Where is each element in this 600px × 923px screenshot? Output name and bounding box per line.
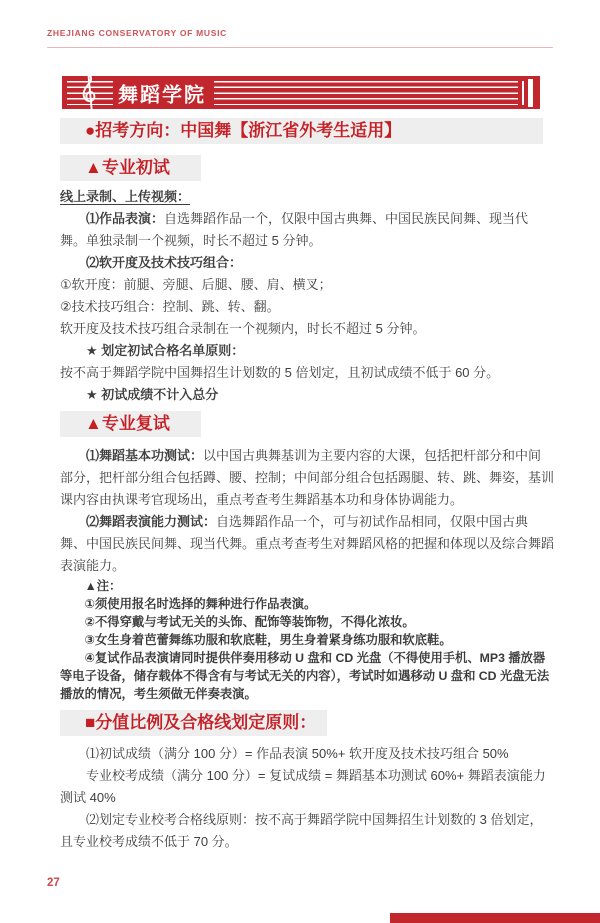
- note-item-2: ②不得穿戴与考试无关的头饰、配饰等装饰物，不得化浓妆。: [60, 613, 554, 631]
- staff-barline-thin: [522, 81, 524, 105]
- paragraph-work-performance: ⑴作品表演：自选舞蹈作品一个，仅限中国古典舞、中国民族民间舞、现当代舞。单独录制…: [60, 208, 554, 252]
- paragraph-basic-skill-test: ⑴舞蹈基本功测试：以中国古典舞基训为主要内容的大课，包括把杆部分和中间部分，把杆…: [60, 445, 554, 511]
- department-banner: 舞蹈学院: [62, 76, 540, 109]
- footer-accent-bar: [390, 913, 600, 923]
- header-divider: [47, 47, 553, 48]
- document-body: 线上录制、上传视频： ⑴作品表演：自选舞蹈作品一个，仅限中国古典舞、中国民族民间…: [60, 186, 554, 853]
- department-title: 舞蹈学院: [118, 78, 206, 107]
- note-item-1: ①须使用报名时选择的舞种进行作品表演。: [60, 595, 554, 613]
- retest-heading: ▲专业复试: [60, 411, 201, 437]
- page-number: 27: [47, 877, 60, 889]
- online-recording-subheading: 线上录制、上传视频：: [60, 186, 554, 208]
- paragraph-performance-ability-test: ⑵舞蹈表演能力测试：自选舞蹈作品一个，可与初试作品相同，仅限中国古典舞、中国民族…: [60, 511, 554, 577]
- paragraph-flexibility-heading: ⑵软开度及技术技巧组合：: [60, 252, 554, 274]
- paragraph-technique-detail: ②技术技巧组合：控制、跳、转、翻。: [60, 296, 554, 318]
- notes-block: ▲注： ①须使用报名时选择的舞种进行作品表演。 ②不得穿戴与考试无关的头饰、配饰…: [60, 577, 554, 703]
- initial-test-heading: ▲专业初试: [60, 155, 201, 181]
- scoring-item-1: ⑴初试成绩（满分 100 分）= 作品表演 50%+ 软开度及技术技巧组合 50…: [60, 743, 554, 765]
- note-item-4: ④复试作品表演请同时提供伴奏用移动 U 盘和 CD 光盘（不得使用手机、MP3 …: [60, 649, 554, 703]
- scoring-heading: ■分值比例及合格线划定原则：: [60, 710, 327, 736]
- treble-clef-icon: [77, 71, 98, 119]
- paragraph-recording-note: 软开度及技术技巧组合录制在一个视频内，时长不超过 5 分钟。: [60, 318, 554, 340]
- staff-barline-thick: [528, 79, 533, 107]
- admission-direction-heading: ●招考方向：中国舞【浙江省外考生适用】: [60, 118, 543, 144]
- paragraph-passlist-rule-heading: ★ 划定初试合格名单原则：: [60, 340, 554, 362]
- paragraph-score-not-counted: ★ 初试成绩不计入总分: [60, 384, 554, 406]
- paragraph-flexibility-detail: ①软开度：前腿、旁腿、后腿、腰、肩、横叉；: [60, 274, 554, 296]
- conservatory-brand-text: ZHEJIANG CONSERVATORY OF MUSIC: [47, 28, 227, 38]
- brochure-page: ZHEJIANG CONSERVATORY OF MUSIC 舞蹈学院 ●招考方…: [0, 0, 600, 923]
- scoring-item-3: ⑵划定专业校考合格线原则：按不高于舞蹈学院中国舞招生计划数的 3 倍划定，且专业…: [60, 809, 554, 853]
- notes-heading: ▲注：: [60, 577, 554, 595]
- note-item-3: ③女生身着芭蕾舞练功服和软底鞋，男生身着紧身练功服和软底鞋。: [60, 631, 554, 649]
- staff-lines-right: [214, 81, 518, 105]
- paragraph-passlist-rule: 按不高于舞蹈学院中国舞招生计划数的 5 倍划定，且初试成绩不低于 60 分。: [60, 362, 554, 384]
- scoring-item-2: 专业校考成绩（满分 100 分）= 复试成绩 = 舞蹈基本功测试 60%+ 舞蹈…: [60, 765, 554, 809]
